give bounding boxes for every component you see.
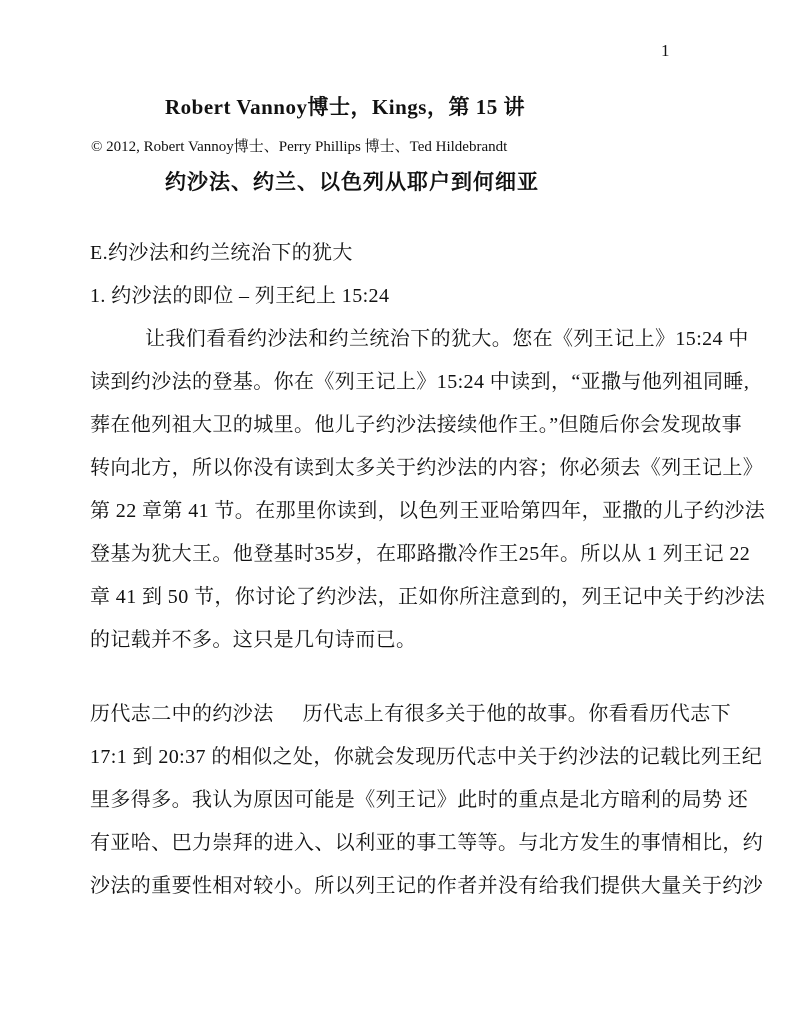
document-page: 1 Robert Vannoy博士，Kings，第 15 讲 © 2012, R… — [0, 0, 791, 1024]
paragraph2-run-in-heading: 历代志二中的约沙法 — [90, 703, 274, 725]
paragraph2-line: 历代志二中的约沙法历代志上有很多关于他的故事。你看看历代志下 — [90, 693, 708, 736]
paragraph2-line: 17:1 到 20:37 的相似之处，你就会发现历代志中关于约沙法的记载比列王纪 — [90, 736, 708, 779]
paragraph1-line: 读到约沙法的登基。你在《列王记上》15:24 中读到，“亚撒与他列祖同睡, — [90, 361, 708, 404]
paragraph1-line: 葬在他列祖大卫的城里。他儿子约沙法接续他作王。”但随后你会发现故事 — [90, 404, 708, 447]
paragraph1-line: 的记载并不多。这只是几句诗而已。 — [90, 619, 708, 662]
copyright-line: © 2012, Robert Vannoy博士、Perry Phillips 博… — [91, 137, 507, 157]
paragraph1-line: 登基为犹大王。他登基时35岁，在耶路撒冷作王25年。所以从 1 列王记 22 — [90, 533, 708, 576]
paragraph2-line: 有亚哈、巴力崇拜的进入、以利亚的事工等等。与北方发生的事情相比，约 — [90, 822, 708, 865]
paragraph-gap — [90, 662, 708, 693]
document-title: Robert Vannoy博士，Kings，第 15 讲 — [165, 94, 525, 120]
paragraph1-line: 章 41 到 50 节，你讨论了约沙法，正如你所注意到的，列王记中关于约沙法 — [90, 576, 708, 619]
subsection-heading: 1. 约沙法的即位 – 列王纪上 15:24 — [90, 275, 708, 318]
paragraph2-line: 里多得多。我认为原因可能是《列王记》此时的重点是北方暗利的局势 还 — [90, 779, 708, 822]
document-body: E.约沙法和约兰统治下的犹大 1. 约沙法的即位 – 列王纪上 15:24 让我… — [90, 232, 708, 908]
page-number: 1 — [661, 40, 670, 62]
paragraph1-line: 让我们看看约沙法和约兰统治下的犹大。您在《列王记上》15:24 中 — [90, 318, 708, 361]
section-heading: E.约沙法和约兰统治下的犹大 — [90, 232, 708, 275]
paragraph1-line: 第 22 章第 41 节。在那里你读到，以色列王亚哈第四年，亚撒的儿子约沙法 — [90, 490, 708, 533]
paragraph2-line: 沙法的重要性相对较小。所以列王记的作者并没有给我们提供大量关于约沙 — [90, 865, 708, 908]
paragraph1-line: 转向北方，所以你没有读到太多关于约沙法的内容；你必须去《列王记上》 — [90, 447, 708, 490]
paragraph2-line-text: 历代志上有很多关于他的故事。你看看历代志下 — [303, 703, 731, 725]
document-subtitle: 约沙法、约兰、以色列从耶户到何细亚 — [165, 169, 539, 195]
